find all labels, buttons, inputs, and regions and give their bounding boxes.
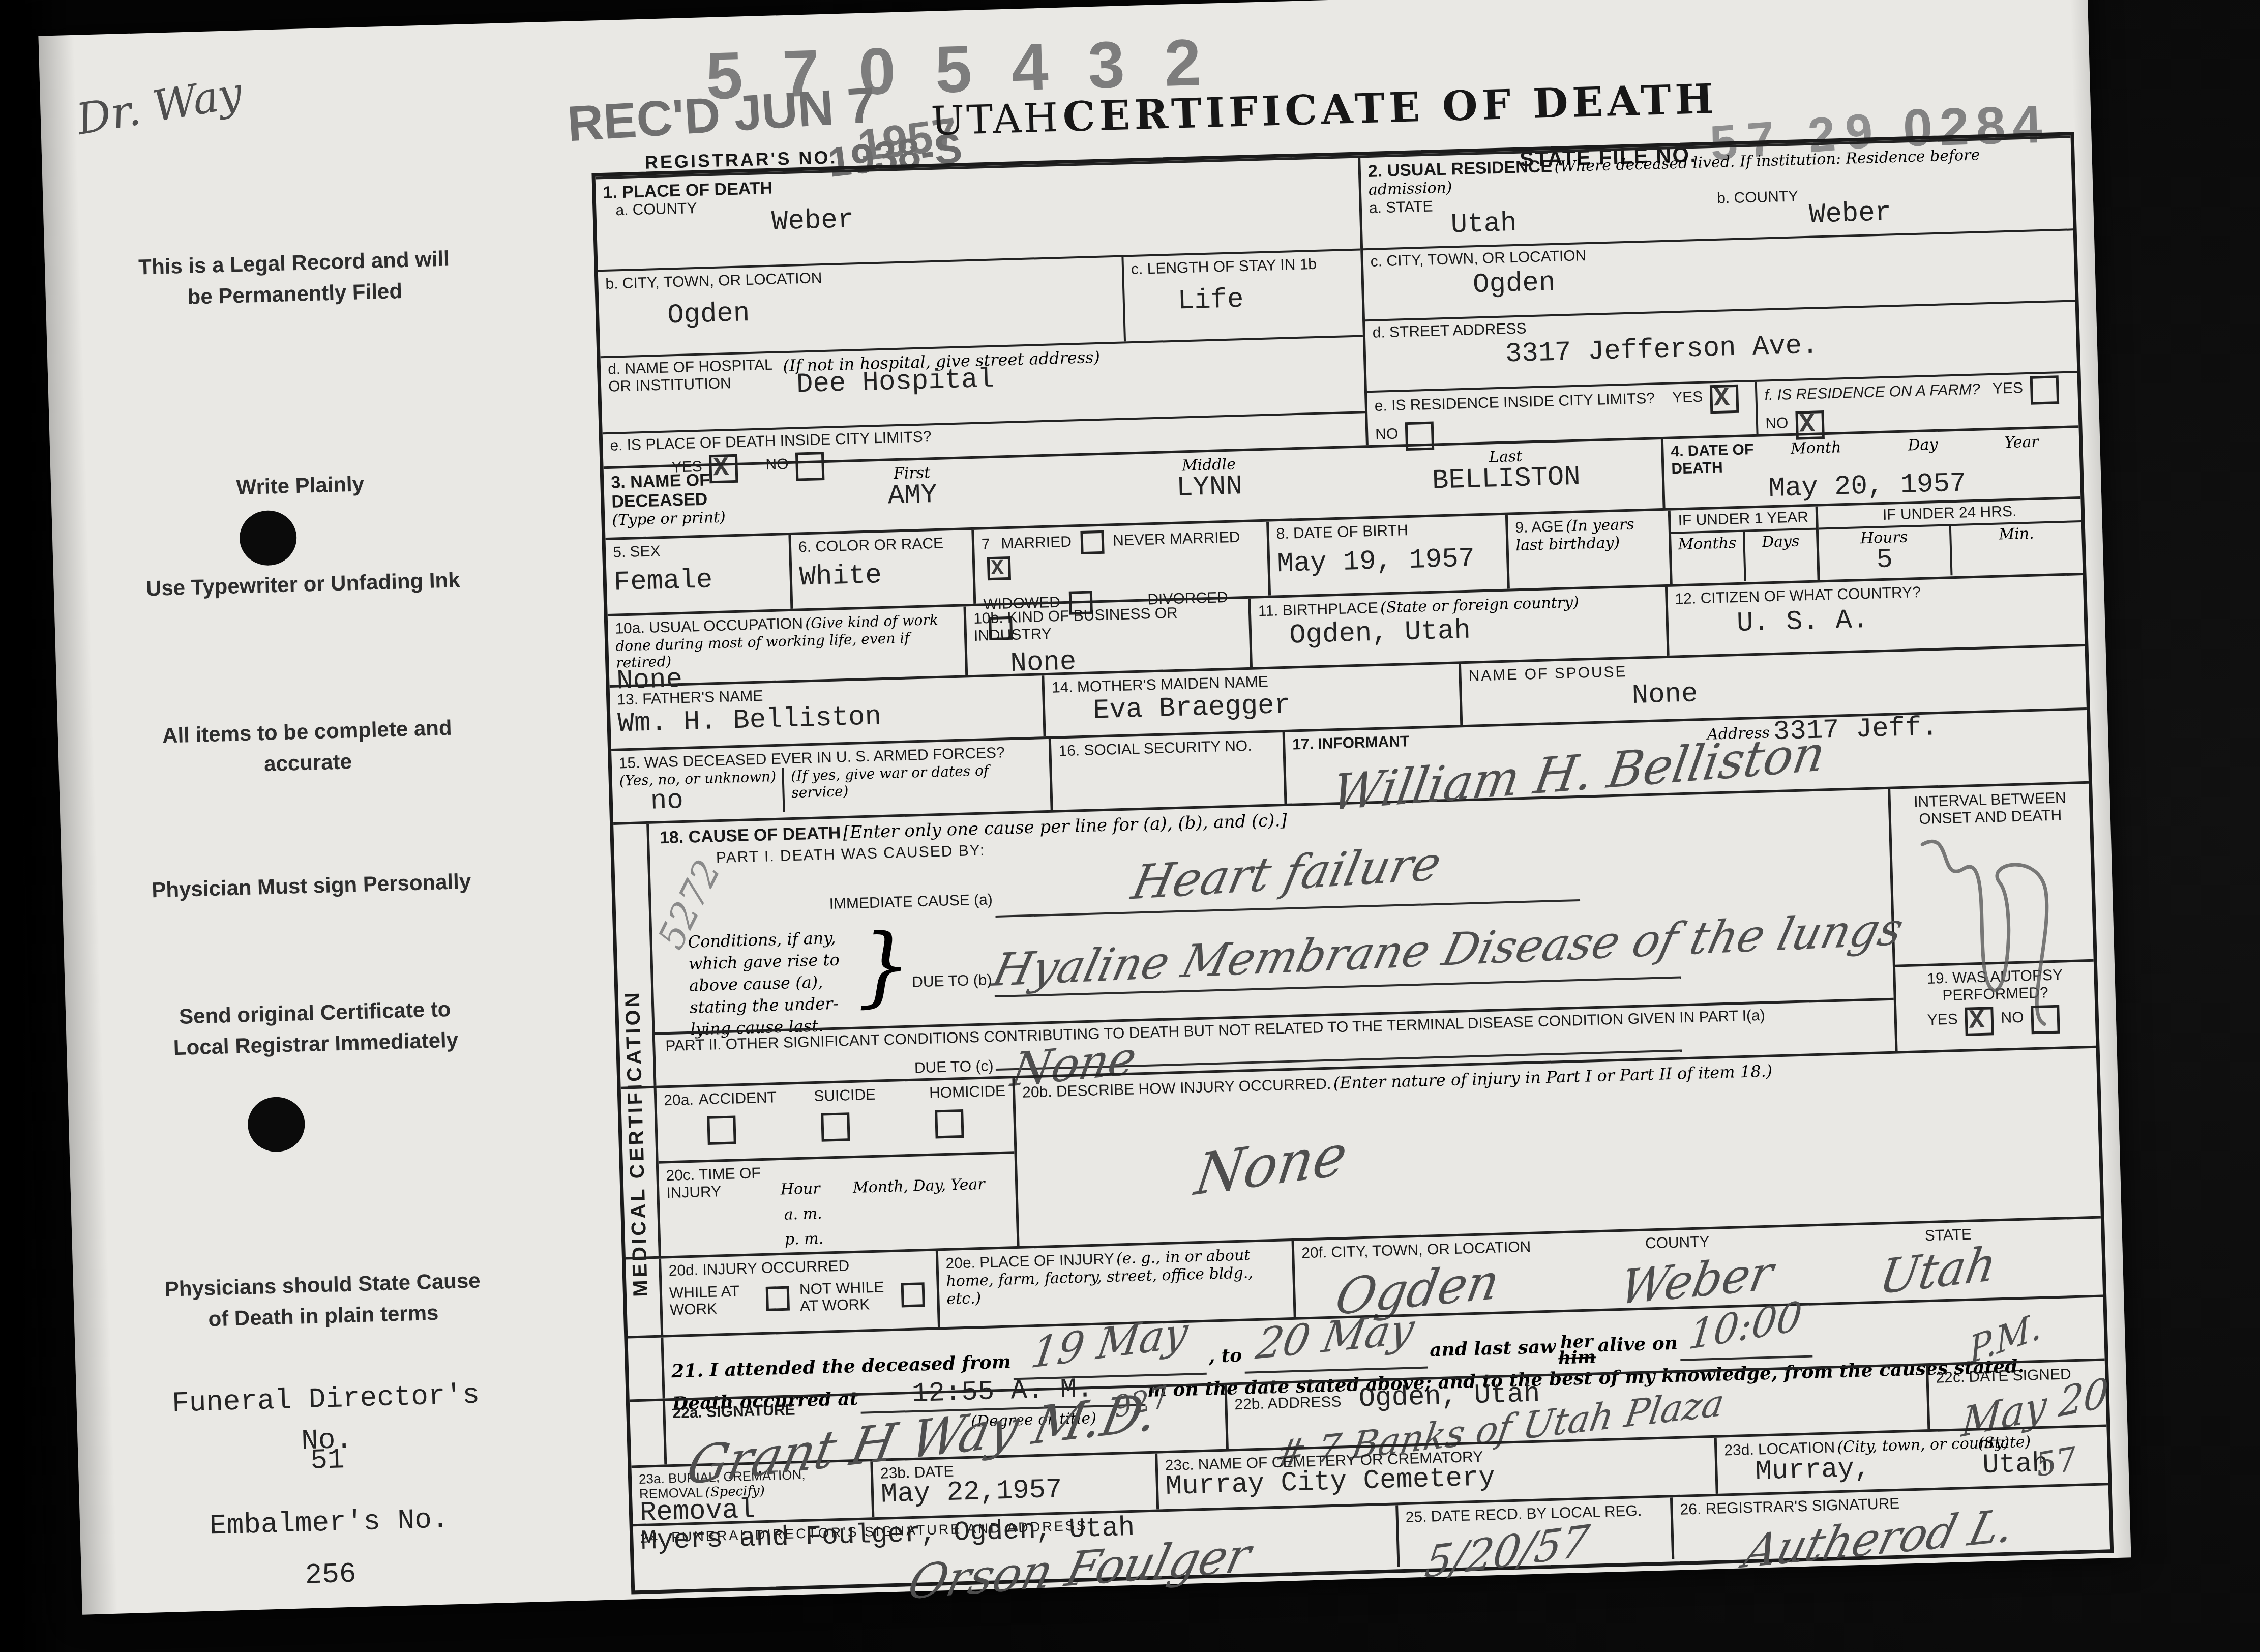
cemetery-state-hw: 57 bbox=[2033, 1440, 2080, 1485]
scan-background: Dr. Way 5705432 REC'D JUN 7 1957 REGISTR… bbox=[0, 0, 2260, 1652]
accident-label: ACCIDENT bbox=[698, 1088, 814, 1108]
homicide-checkbox bbox=[935, 1109, 964, 1139]
section-describe-injury: 20b. DESCRIBE HOW INJURY OCCURRED. (Ente… bbox=[1012, 1048, 2100, 1246]
city-value: Ogden bbox=[667, 290, 1116, 330]
months-header: Months bbox=[1671, 532, 1744, 583]
residence-farm-yes-checkbox bbox=[2030, 375, 2060, 405]
autopsy-yes: YES bbox=[1927, 1011, 1958, 1029]
residence-state-label: a. STATE bbox=[1369, 198, 1433, 217]
section-place-of-death: 1. PLACE OF DEATH a. COUNTY Weber b. CIT… bbox=[596, 158, 1366, 467]
hospital-label: d. NAME OF HOSPITAL OR INSTITUTION bbox=[608, 356, 782, 395]
injury-occurred-label: 20d. INJURY OCCURRED bbox=[668, 1255, 929, 1280]
section-age-under-1-year: IF UNDER 1 YEAR Months Days bbox=[1668, 507, 1818, 584]
residence-county-label: b. COUNTY bbox=[1717, 188, 1799, 206]
margin-note-legal-record: This is a Legal Record and will be Perma… bbox=[131, 243, 458, 314]
suicide-label: SUICIDE bbox=[814, 1085, 930, 1105]
section-marital-status: 7 MARRIED NEVER MARRIED X WIDOWED DIVORC… bbox=[971, 522, 1268, 604]
section-cause-of-death: 18. CAUSE OF DEATH [Enter only one cause… bbox=[649, 789, 1895, 1086]
last-name-value: BELLISTON bbox=[1357, 461, 1655, 497]
due-to-b-label: DUE TO (b) bbox=[912, 971, 992, 990]
saw-him: him bbox=[1558, 1349, 1596, 1366]
section-autopsy: 19. WAS AUTOPSY PERFORMED? YES X NO bbox=[1895, 959, 2096, 1051]
section-registrar-signature: 26. REGISTRAR'S SIGNATURE Autherod L. bbox=[1670, 1485, 2110, 1559]
first-name-value: AMY bbox=[764, 478, 1061, 514]
section-date-signed: 22c. DATE SIGNED May 20 bbox=[1926, 1361, 2106, 1429]
date-of-birth-value: May 19, 1957 bbox=[1277, 545, 1500, 578]
injury-state-value: Utah bbox=[1876, 1236, 2000, 1305]
certificate-form: MEDICAL CERTIFICATION 1. PLACE OF DEATH … bbox=[591, 132, 2114, 1594]
attended-text2: and last saw bbox=[1429, 1336, 1556, 1361]
hour-label: Hour bbox=[780, 1180, 820, 1199]
while-at-work-label: WHILE AT WORK bbox=[669, 1282, 761, 1319]
signature-label: 22a. SIGNATURE bbox=[672, 1401, 795, 1422]
day-header: Day bbox=[1908, 436, 1939, 471]
section-injury-occurred: 20d. INJURY OCCURRED WHILE AT WORK NOT W… bbox=[661, 1251, 938, 1335]
medical-certification-strip3 bbox=[626, 1259, 663, 1336]
sex-label: 5. SEX bbox=[613, 539, 782, 561]
cause-of-death-label: 18. CAUSE OF DEATH bbox=[659, 823, 841, 847]
residence-city-limits-yes-checkbox: X bbox=[1710, 385, 1739, 414]
injury-county-label: COUNTY bbox=[1645, 1233, 1710, 1252]
never-married-checkbox: X bbox=[987, 556, 1011, 580]
section-usual-occupation: 10a. USUAL OCCUPATION (Give kind of work… bbox=[608, 607, 965, 685]
embalmer-no-label: Embalmer's No. bbox=[166, 1498, 492, 1548]
birthplace-value: Ogden, Utah bbox=[1289, 612, 1659, 650]
margin-note-physician-sign: Physician Must sign Personally bbox=[148, 866, 474, 906]
time-injury-label: 20c. TIME OF INJURY bbox=[666, 1165, 779, 1202]
while-at-work-checkbox bbox=[766, 1286, 790, 1311]
middle-name-value: LYNN bbox=[1060, 470, 1358, 506]
cemetery-city-value: Murray, bbox=[1755, 1455, 1871, 1486]
section-usual-residence: 2. USUAL RESIDENCE (Where deceased lived… bbox=[1358, 138, 2078, 445]
margin-note-send-original: Send original Certificate to Local Regis… bbox=[152, 993, 479, 1065]
margin-note-typewriter: Use Typewriter or Unfading Ink bbox=[140, 565, 466, 605]
section-mothers-maiden-name: 14. MOTHER'S MAIDEN NAME Eva Braegger bbox=[1042, 664, 1460, 736]
residence-city-limits-yes: YES bbox=[1672, 389, 1703, 406]
informant-label: 17. INFORMANT bbox=[1292, 733, 1410, 753]
physician-address-label: 22b. ADDRESS bbox=[1234, 1393, 1342, 1413]
autopsy-yes-checkbox: X bbox=[1965, 1007, 1995, 1036]
armed-forces-value: no bbox=[650, 784, 783, 815]
married-label: MARRIED bbox=[1001, 534, 1072, 552]
homicide-label: HOMICIDE bbox=[929, 1083, 1006, 1102]
married-checkbox bbox=[1080, 530, 1104, 554]
embalmer-no-value: 256 bbox=[167, 1550, 494, 1600]
interval-label: INTERVAL BETWEEN ONSET AND DEATH bbox=[1890, 784, 2093, 965]
under-1-year-header: IF UNDER 1 YEAR bbox=[1671, 507, 1816, 534]
section-armed-forces: 15. WAS DECEASED EVER IN U. S. ARMED FOR… bbox=[611, 739, 1051, 822]
section-date-of-birth: 8. DATE OF BIRTH May 19, 1957 bbox=[1266, 515, 1507, 596]
residence-farm-label: f. IS RESIDENCE ON A FARM? bbox=[1764, 381, 1980, 404]
days-header: Days bbox=[1742, 529, 1817, 581]
not-while-label: NOT WHILE AT WORK bbox=[799, 1278, 897, 1315]
medical-certification-strip2 bbox=[621, 1088, 661, 1257]
medical-certification-strip4 bbox=[628, 1338, 665, 1400]
section-date-received: 25. DATE RECD. BY LOCAL REG. 5/20/57 bbox=[1395, 1497, 1672, 1567]
residence-farm-yes: YES bbox=[1993, 379, 2024, 397]
date-of-birth-label: 8. DATE OF BIRTH bbox=[1276, 519, 1499, 543]
color-race-label: 6. COLOR OR RACE bbox=[798, 534, 965, 556]
section-birthplace: 11. BIRTHPLACE (State or foreign country… bbox=[1248, 587, 1667, 667]
mdy-label: Month, Day, Year bbox=[853, 1175, 986, 1197]
length-of-stay-label: c. LENGTH OF STAY IN 1b bbox=[1131, 255, 1354, 278]
suicide-checkbox bbox=[821, 1112, 850, 1142]
section-sex: 5. SEX Female bbox=[606, 535, 791, 614]
margin-note-complete: All items to be complete and accurate bbox=[144, 712, 471, 783]
hole-punch-bottom bbox=[247, 1096, 306, 1153]
age-label: 9. AGE bbox=[1515, 518, 1564, 537]
business-label: 10b. KIND OF BUSINESS OR INDUSTRY bbox=[973, 603, 1242, 644]
min-header: Min. bbox=[1949, 522, 2083, 575]
describe-injury-label: 20b. DESCRIBE HOW INJURY OCCURRED. bbox=[1022, 1076, 1331, 1101]
date-received-value: 5/20/57 bbox=[1422, 1515, 1593, 1588]
length-of-stay-value: Life bbox=[1177, 283, 1355, 315]
name-of-deceased-sub: (Type or print) bbox=[612, 508, 765, 529]
section-fathers-name: 13. FATHER'S NAME Wm. H. Belliston bbox=[610, 675, 1044, 749]
cemetery-state-note: (State) bbox=[1978, 1433, 2031, 1453]
spouse-label: NAME OF SPOUSE bbox=[1468, 663, 1627, 685]
attended-to-label: , to bbox=[1208, 1345, 1242, 1367]
hours-value: 5 bbox=[1819, 545, 1950, 576]
date-of-death-label: 4. DATE OF DEATH bbox=[1671, 441, 1758, 478]
section-age: 9. AGE (In years last birthday) bbox=[1505, 511, 1670, 589]
title-utah: UTAH bbox=[931, 95, 1061, 144]
section-business-industry: 10b. KIND OF BUSINESS OR INDUSTRY None bbox=[963, 599, 1250, 675]
never-married-label: NEVER MARRIED bbox=[1113, 529, 1240, 549]
am-label: a. m. bbox=[784, 1199, 1009, 1223]
burial-date-value: May 22,1957 bbox=[880, 1474, 1149, 1509]
section-time-of-injury: 20c. TIME OF INJURY Hour Month, Day, Yea… bbox=[659, 1152, 1017, 1256]
attended-text3: alive on bbox=[1597, 1333, 1678, 1356]
color-race-value: White bbox=[799, 559, 966, 592]
describe-injury-value: None bbox=[1191, 1121, 1351, 1208]
section-social-security: 16. SOCIAL SECURITY NO. bbox=[1049, 732, 1285, 810]
pm-label: p. m. bbox=[785, 1224, 1010, 1248]
autopsy-no: NO bbox=[2001, 1009, 2024, 1026]
certificate-paper: Dr. Way 5705432 REC'D JUN 7 1957 REGISTR… bbox=[38, 0, 2131, 1615]
margin-note-write-plainly: Write Plainly bbox=[137, 466, 463, 506]
margin-note-plain-terms: Physicians should State Cause of Death i… bbox=[159, 1265, 486, 1336]
name-of-deceased-label: 3. NAME OF DECEASED bbox=[611, 468, 764, 512]
armed-forces-note2: (If yes, give war or dates of service) bbox=[784, 760, 1044, 812]
due-to-b-value: Hyaline Membrane Disease of the lungs bbox=[988, 902, 1908, 996]
residence-farm-no: NO bbox=[1765, 415, 1789, 432]
section-citizenship: 12. CITIZEN OF WHAT COUNTRY? U. S. A. bbox=[1665, 575, 2085, 656]
citizen-value: U. S. A. bbox=[1736, 601, 2077, 638]
month-header: Month bbox=[1791, 438, 1842, 474]
birthplace-label: 11. BIRTHPLACE bbox=[1258, 600, 1378, 620]
residence-county-value: Weber bbox=[1808, 194, 2066, 229]
section-accident-suicide-homicide: 20a. ACCIDENT SUICIDE HOMICIDE bbox=[657, 1078, 1015, 1161]
section-color-or-race: 6. COLOR OR RACE White bbox=[788, 530, 973, 609]
residence-city-limits-no: NO bbox=[1375, 426, 1399, 443]
section-age-under-24-hrs: IF UNDER 24 HRS. Hours 5 Min. bbox=[1816, 499, 2083, 580]
autopsy-no-checkbox bbox=[2031, 1005, 2060, 1035]
immediate-cause-label: IMMEDIATE CAUSE (a) bbox=[829, 891, 993, 912]
medical-certification-strip5 bbox=[630, 1401, 667, 1466]
section-date-of-death: 4. DATE OF DEATH Month Day Year May 20, … bbox=[1661, 428, 2080, 508]
accident-checkbox bbox=[707, 1115, 736, 1145]
residence-city-limits-label: e. IS RESIDENCE INSIDE CITY LIMITS? bbox=[1374, 390, 1655, 415]
birthplace-note: (State or foreign country) bbox=[1380, 594, 1579, 617]
spouse-value: None bbox=[1631, 670, 2079, 710]
describe-injury-note: (Enter nature of injury in Part I or Par… bbox=[1333, 1061, 1772, 1093]
year-header: Year bbox=[2004, 433, 2039, 468]
not-while-checkbox bbox=[901, 1282, 925, 1307]
residence-state-value: Utah bbox=[1450, 204, 1718, 239]
hole-punch-top bbox=[239, 510, 298, 566]
usual-residence-title: 2. USUAL RESIDENCE bbox=[1367, 157, 1552, 181]
funeral-director-no-value: 51 bbox=[164, 1435, 491, 1486]
sex-value: Female bbox=[613, 565, 783, 597]
section-cemetery-location: 23d. LOCATION (City, town, or county) (S… bbox=[1714, 1427, 2108, 1494]
s20a-num: 20a. bbox=[664, 1091, 694, 1109]
ssn-label: 16. SOCIAL SECURITY NO. bbox=[1058, 736, 1276, 760]
section-place-of-injury: 20e. PLACE OF INJURY (e. g., in or about… bbox=[936, 1241, 1294, 1327]
autopsy-label: 19. WAS AUTOPSY PERFORMED? bbox=[1902, 966, 2088, 1005]
dr-way-note: Dr. Way bbox=[73, 68, 246, 144]
marital-num: 7 bbox=[982, 536, 991, 552]
